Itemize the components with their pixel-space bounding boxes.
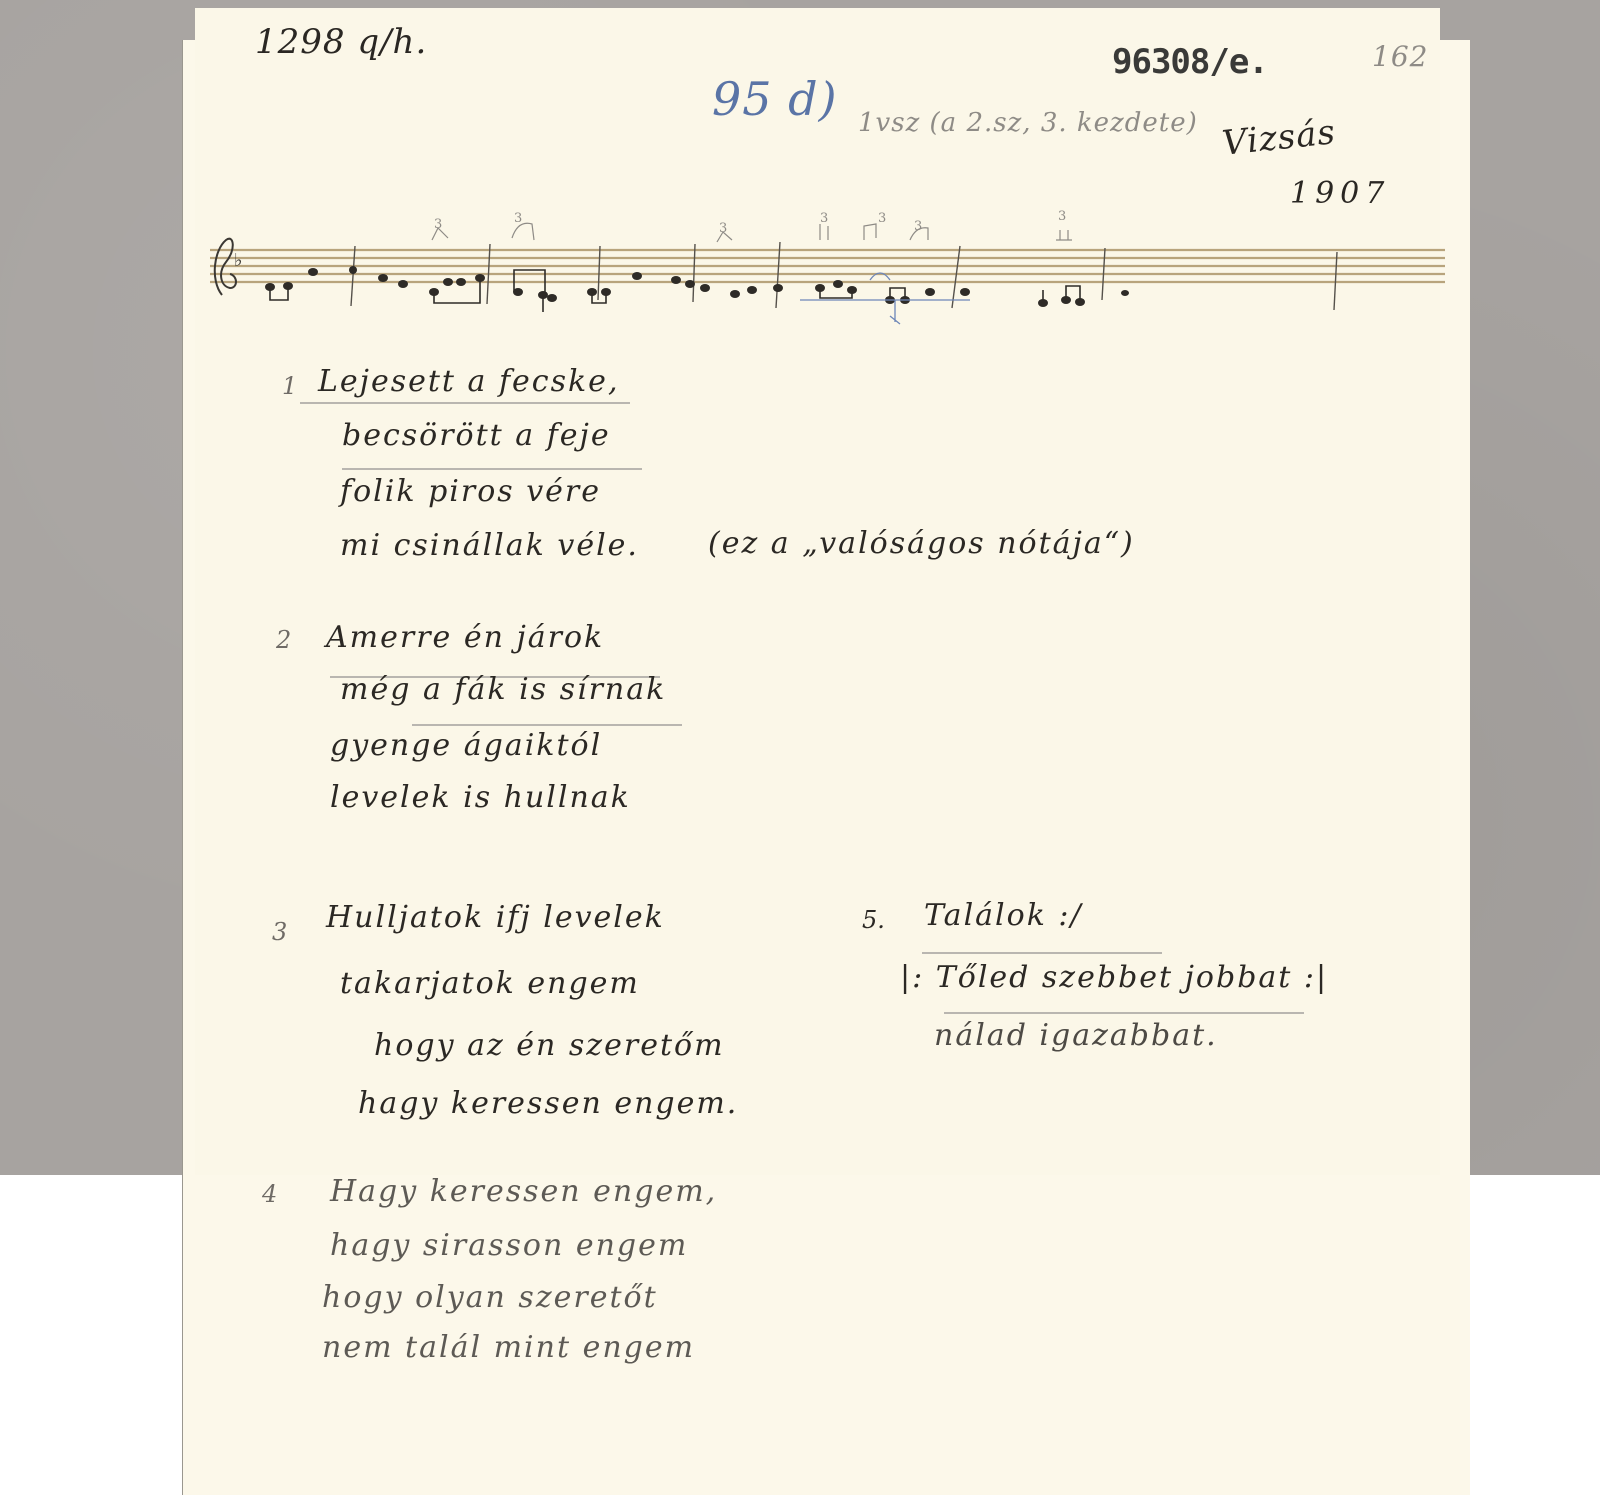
stanza-line: Amerre én járok — [326, 620, 604, 655]
stanza-line: |: Tőled szebbet jobbat :| — [900, 960, 1328, 995]
stanza-line: hogy olyan szeretőt — [322, 1280, 658, 1315]
pencil-underline — [944, 1012, 1304, 1014]
stanza-line: mi csinállak véle. — [340, 528, 639, 563]
stanza-line: Lejesett a fecske, — [318, 364, 619, 399]
stanza-line: nálad igazabbat. — [934, 1018, 1218, 1053]
pencil-underline — [342, 468, 642, 470]
stanza-annotation: (ez a „valóságos nótája“) — [708, 526, 1135, 561]
place-name: Vizsás — [1220, 112, 1337, 164]
svg-text:3: 3 — [434, 217, 442, 232]
pencil-underline — [922, 952, 1162, 954]
stanza-line: folik piros vére — [340, 474, 601, 509]
stanza-line: Találok :/ — [924, 898, 1083, 933]
svg-text:3: 3 — [820, 211, 828, 226]
tuplet-marks: 3 3 3 3 3 3 3 — [434, 209, 1066, 236]
stanza-line: Hagy keressen engem, — [330, 1174, 717, 1209]
page-number: 162 — [1372, 40, 1428, 73]
pencil-underline — [300, 402, 630, 404]
pencil-underline — [412, 724, 682, 726]
svg-text:3: 3 — [878, 211, 886, 226]
svg-text:3: 3 — [1058, 209, 1066, 224]
blue-reference: 95 d) — [712, 72, 838, 126]
stanza-line: nem talál mint engem — [322, 1330, 695, 1365]
stanza-number: 1 — [282, 372, 297, 400]
stanza-line: Hulljatok ifj levelek — [326, 900, 665, 935]
stanza-line: hogy az én szeretőm — [374, 1028, 725, 1063]
svg-text:3: 3 — [514, 211, 522, 226]
stanza-line: takarjatok engem — [340, 966, 640, 1001]
catalog-mark: 1298 q/h. — [255, 22, 427, 62]
stanza-line: levelek is hullnak — [330, 780, 631, 815]
stanza-number: 3 — [272, 918, 287, 946]
note-heads — [265, 266, 1129, 307]
stanza-number: 2 — [276, 626, 291, 654]
stanza-line: hagy sirasson engem — [330, 1228, 688, 1263]
stamp-number: 96308/e. — [1112, 42, 1268, 82]
staff-lines — [210, 250, 1445, 282]
stanza-number: 4 — [262, 1180, 277, 1208]
svg-text:3: 3 — [719, 221, 727, 236]
stanza-line: még a fák is sírnak — [340, 672, 666, 707]
stanza-line: hagy keressen engem. — [358, 1086, 738, 1121]
stanza-number: 5. — [862, 906, 885, 934]
flat-sign-icon: ♭ — [234, 250, 243, 271]
stanza-line: gyenge ágaiktól — [330, 728, 602, 763]
stanza-line: becsörött a feje — [342, 418, 611, 453]
pencil-note: 1vsz (a 2.sz, 3. kezdete) — [858, 108, 1198, 138]
manuscript-content: 1298 q/h. 96308/e. 162 95 d) 1vsz (a 2.s… — [0, 0, 1600, 1500]
music-staff: ♭ — [200, 200, 1450, 330]
tuplet-brackets — [432, 223, 1072, 242]
